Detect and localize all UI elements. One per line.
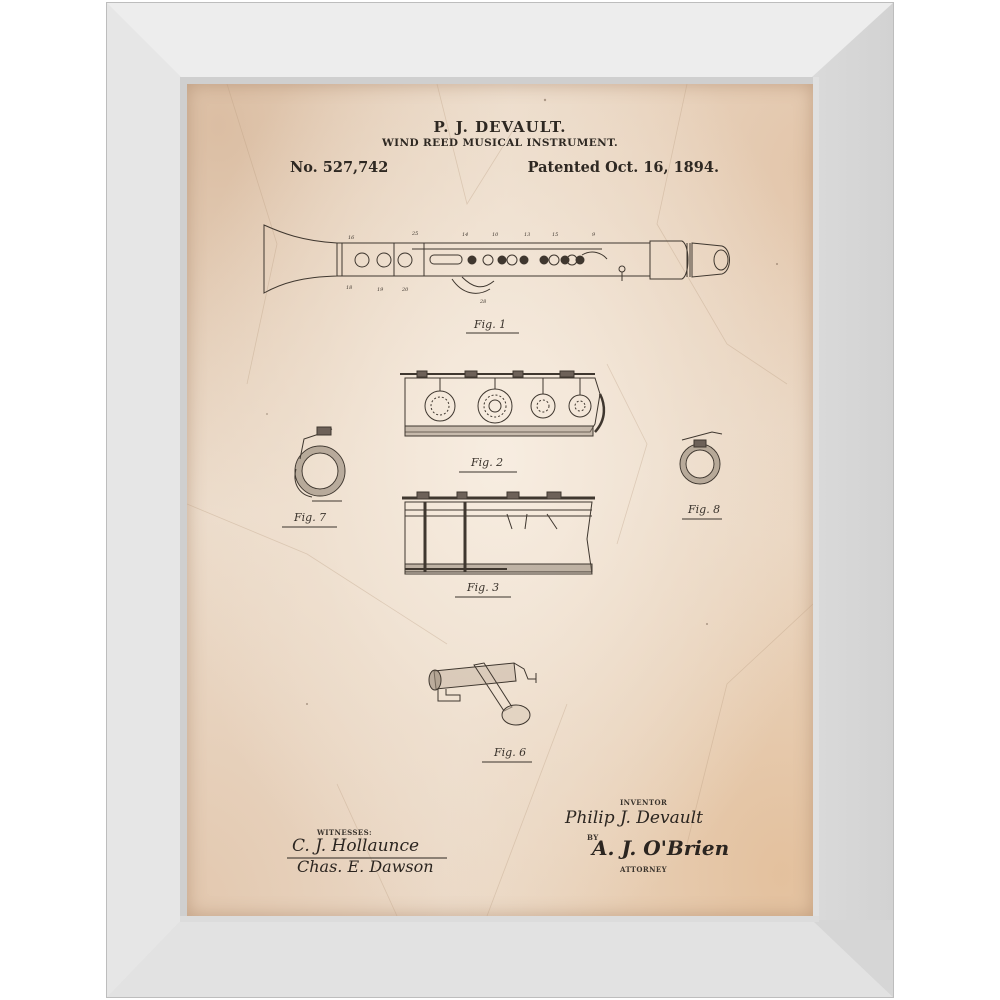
frame-bottom-rail [106,920,894,998]
patent-date: Patented Oct. 16, 1894. [528,159,719,176]
figure-1-clarinet: 16251410 13159 18192028 [262,219,742,329]
svg-text:14: 14 [462,232,468,238]
figure-8-key-lever [424,649,554,729]
figure-3-label: Fig. 3 [455,579,525,601]
figure-1-label: Fig. 1 [464,316,524,336]
mat-bevel-right [813,77,819,922]
attorney-label: ATTORNEY [620,865,667,874]
svg-text:9: 9 [592,232,596,238]
svg-text:Fig. 2: Fig. 2 [470,456,503,469]
svg-text:18: 18 [346,285,352,291]
svg-text:16: 16 [348,235,355,241]
witness-2-signature: Chas. E. Dawson [297,857,434,876]
figure-2-key-section [395,364,610,459]
patent-inventor-header: P. J. DEVAULT. [187,118,813,136]
figure-2-label: Fig. 2 [457,454,527,476]
inventor-label: INVENTOR [620,798,667,807]
patent-title: WIND REED MUSICAL INSTRUMENT. [187,137,813,149]
svg-text:20: 20 [401,287,409,293]
witness-1-signature: C. J. Hollaunce [292,836,419,856]
figure-8-label: Fig. 6 [482,744,552,766]
svg-text:19: 19 [377,287,384,293]
svg-text:15: 15 [552,232,558,238]
svg-text:Fig. 8: Fig. 8 [687,503,720,516]
svg-text:10: 10 [492,232,499,238]
inventor-signature: Philip J. Devault [565,808,703,828]
figure-7-ring [672,422,732,492]
patent-number: No. 527,742 [290,159,388,176]
svg-text:Fig. 3: Fig. 3 [466,581,499,594]
fig1-text: Fig. 1 [473,318,506,331]
attorney-signature: A. J. O'Brien [592,836,729,860]
svg-text:25: 25 [411,231,418,237]
frame-right-rail [812,2,894,998]
figure-6-label: Fig. 7 [282,509,352,531]
svg-text:Fig. 6: Fig. 6 [493,746,526,759]
figure-3-key-mechanism [397,484,602,584]
frame-left-rail [106,2,181,998]
svg-text:13: 13 [524,232,530,238]
mat-bevel-bottom [180,916,819,922]
svg-text:Fig. 7: Fig. 7 [293,511,326,524]
svg-text:28: 28 [479,299,486,305]
patent-paper: P. J. DEVAULT. WIND REED MUSICAL INSTRUM… [187,84,813,916]
figure-6-ring [282,419,357,509]
figure-7-label: Fig. 8 [682,501,742,523]
